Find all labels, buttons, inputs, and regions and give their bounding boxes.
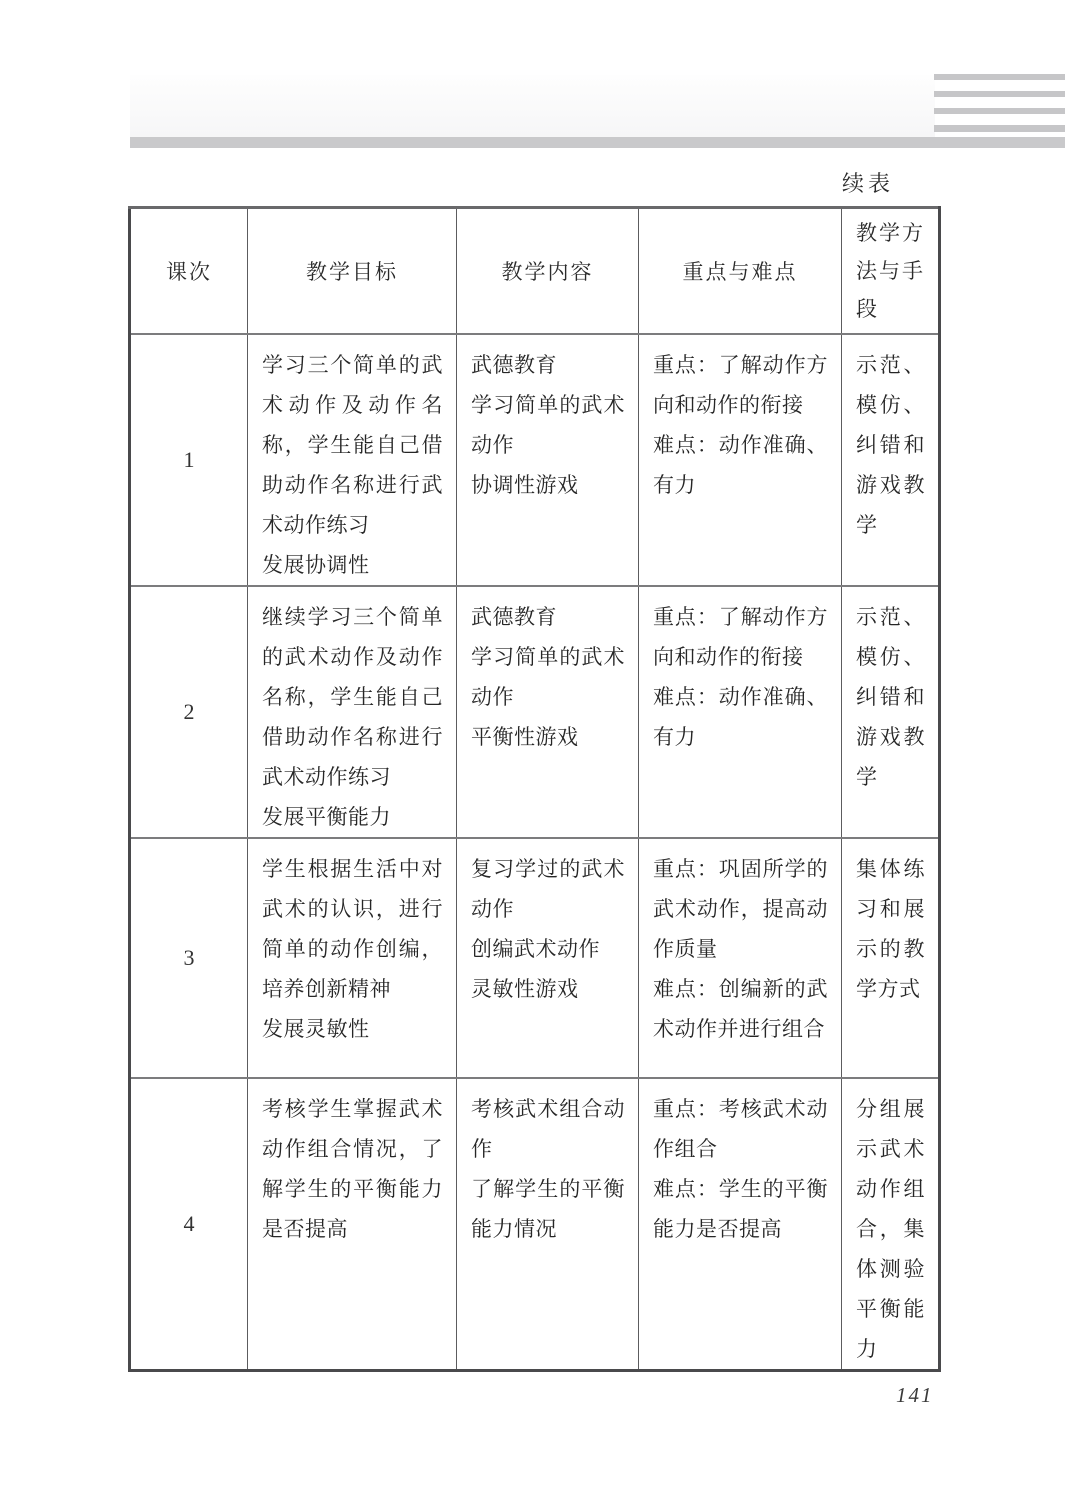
cell-methods: 分组展示武术动作组合，集体测验平衡能力 (842, 1078, 940, 1371)
lesson-plan-table: 课次 教学目标 教学内容 重点与难点 教学方法与手段 1 学习三个简单的武术动作… (128, 206, 941, 1372)
header-stripe (934, 91, 1065, 97)
header-rule (130, 137, 1065, 148)
cell-keypoints: 重点：了解动作方向和动作的衔接 难点：动作准确、有力 (639, 586, 842, 838)
cell-objectives: 继续学习三个简单的武术动作及动作名称，学生能自己借助动作名称进行武术动作练习 发… (248, 586, 457, 838)
cell-keypoints: 重点：了解动作方向和动作的衔接 难点：动作准确、有力 (639, 334, 842, 586)
cell-content: 武德教育 学习简单的武术动作 平衡性游戏 (457, 586, 639, 838)
header-banner (130, 75, 935, 137)
table-row-lesson-3: 3 学生根据生活中对武术的认识，进行简单的动作创编，培养创新精神 发展灵敏性 复… (130, 838, 940, 1078)
header-cell-lesson: 课次 (130, 208, 248, 334)
cell-lesson-number: 4 (130, 1078, 248, 1371)
continued-table-label: 续表 (842, 167, 894, 198)
table-row-lesson-4: 4 考核学生掌握武术动作组合情况，了解学生的平衡能力是否提高 考核武术组合动作 … (130, 1078, 940, 1371)
header-stripe (934, 108, 1065, 114)
cell-lesson-number: 2 (130, 586, 248, 838)
cell-methods: 示范、模仿、纠错和游戏教学 (842, 586, 940, 838)
cell-methods: 集体练习和展示的教学方式 (842, 838, 940, 1078)
cell-methods: 示范、模仿、纠错和游戏教学 (842, 334, 940, 586)
table-row-lesson-2: 2 继续学习三个简单的武术动作及动作名称，学生能自己借助动作名称进行武术动作练习… (130, 586, 940, 838)
page-number: 141 (896, 1383, 934, 1408)
cell-objectives: 学生根据生活中对武术的认识，进行简单的动作创编，培养创新精神 发展灵敏性 (248, 838, 457, 1078)
cell-lesson-number: 3 (130, 838, 248, 1078)
header-stripe (934, 125, 1065, 132)
cell-keypoints: 重点：考核武术动作组合 难点：学生的平衡能力是否提高 (639, 1078, 842, 1371)
header-cell-methods: 教学方法与手段 (842, 208, 940, 334)
cell-lesson-number: 1 (130, 334, 248, 586)
cell-objectives: 考核学生掌握武术动作组合情况，了解学生的平衡能力是否提高 (248, 1078, 457, 1371)
header-stripe (934, 74, 1065, 80)
table-row-lesson-1: 1 学习三个简单的武术动作及动作名称，学生能自己借助动作名称进行武术动作练习 发… (130, 334, 940, 586)
document-page: 续表 课次 教学目标 教学内容 重点与难点 教学方法与手段 1 学习三个简单的武… (0, 0, 1065, 1507)
header-cell-keypoints: 重点与难点 (639, 208, 842, 334)
cell-content: 考核武术组合动作 了解学生的平衡能力情况 (457, 1078, 639, 1371)
header-cell-content: 教学内容 (457, 208, 639, 334)
header-cell-objectives: 教学目标 (248, 208, 457, 334)
cell-content: 复习学过的武术动作 创编武术动作 灵敏性游戏 (457, 838, 639, 1078)
cell-keypoints: 重点：巩固所学的武术动作，提高动作质量 难点：创编新的武术动作并进行组合 (639, 838, 842, 1078)
table-header-row: 课次 教学目标 教学内容 重点与难点 教学方法与手段 (130, 208, 940, 334)
cell-content: 武德教育 学习简单的武术动作 协调性游戏 (457, 334, 639, 586)
cell-objectives: 学习三个简单的武术动作及动作名称，学生能自己借助动作名称进行武术动作练习 发展协… (248, 334, 457, 586)
